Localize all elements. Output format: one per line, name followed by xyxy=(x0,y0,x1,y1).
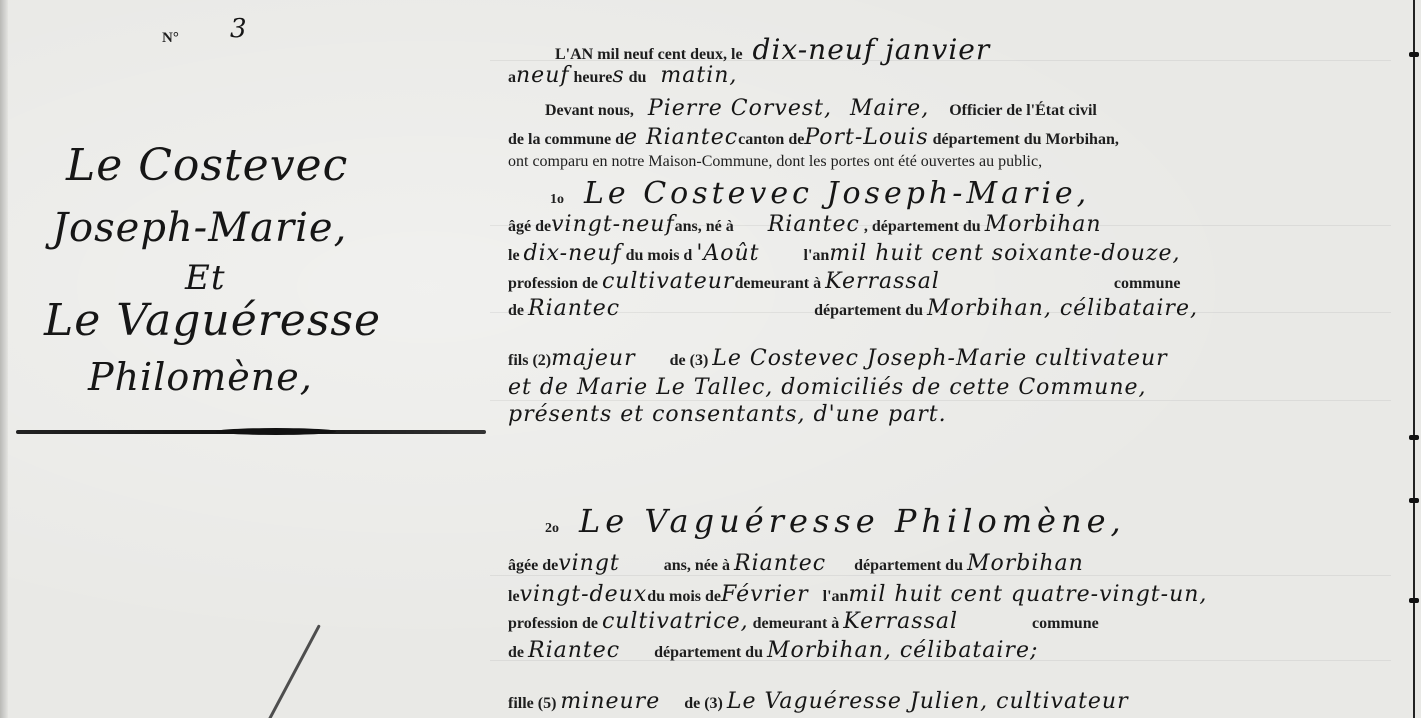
rule-tick xyxy=(1409,52,1419,57)
margin-groom-surname: Le Costevec xyxy=(66,140,348,191)
groom-consent: présents et consentants, d'une part. xyxy=(508,402,947,427)
rule-tick xyxy=(1409,498,1419,503)
bride-name: Le Vaguéresse Philomène, xyxy=(579,502,1126,540)
rule-tick xyxy=(1409,598,1419,603)
bride-birthplace: Riantec xyxy=(734,551,826,576)
bride-commune: Riantec xyxy=(528,638,620,663)
canton-name: Port-Louis xyxy=(804,125,928,150)
officiant-name: Pierre Corvest, xyxy=(648,96,832,121)
bride-profession: cultivatrice, xyxy=(602,609,749,634)
groom-birth-department: Morbihan xyxy=(985,212,1102,237)
header-line-3: Devant nous, Pierre Corvest, Maire, Offi… xyxy=(545,96,1097,121)
bride-marital-status: Morbihan, célibataire; xyxy=(767,638,1038,663)
bride-birth-month: Février xyxy=(721,582,809,607)
bride-birth-day: vingt-deux xyxy=(520,582,648,607)
bride-father: Le Vaguéresse Julien, cultivateur xyxy=(727,689,1129,714)
header-line-4: de la commune de Rianteccanton dePort-Lo… xyxy=(508,125,1119,150)
ruled-line xyxy=(490,400,1391,401)
header-line-5: ont comparu en notre Maison-Commune, don… xyxy=(508,153,1042,171)
officiant-title: Maire, xyxy=(850,96,929,121)
bride-birth-department: Morbihan xyxy=(967,551,1084,576)
groom-birth-day: dix-neuf xyxy=(524,241,622,266)
margin-groom-given: Joseph-Marie, xyxy=(52,205,347,251)
marriage-date: dix-neuf janvier xyxy=(753,33,991,66)
stray-pen-stroke xyxy=(267,624,321,718)
margin-bride-surname: Le Vaguéresse xyxy=(44,295,381,346)
entry-number: 3 xyxy=(230,14,248,44)
right-margin-rule xyxy=(1413,0,1415,718)
groom-name: Le Costevec Joseph-Marie, xyxy=(584,176,1090,211)
groom-marital-status: Morbihan, célibataire, xyxy=(927,296,1198,321)
header-line-1: L'AN mil neuf cent deux, le dix-neuf jan… xyxy=(555,33,990,66)
entry-number-label: N° xyxy=(162,30,179,47)
groom-birth-year: mil huit cent soixante-douze, xyxy=(829,241,1180,266)
groom-father: Le Costevec Joseph-Marie cultivateur xyxy=(712,346,1167,371)
marriage-time-of-day: matin, xyxy=(660,63,737,88)
groom-birth-month: 'Août xyxy=(696,241,759,266)
groom-majority: majeur xyxy=(551,346,636,371)
margin-conjunction: Et xyxy=(185,258,225,298)
rule-tick xyxy=(1409,435,1419,440)
groom-age: vingt-neuf xyxy=(551,212,675,237)
groom-commune: Riantec xyxy=(528,296,620,321)
header-line-2: aneuf heures du matin, xyxy=(508,63,737,88)
bride-age: vingt xyxy=(558,551,620,576)
groom-residence: Kerrassal xyxy=(825,269,940,294)
margin-separator-rule xyxy=(16,430,486,434)
commune-name: e Riantec xyxy=(624,125,738,150)
bride-birth-year: mil huit cent quatre-vingt-un, xyxy=(848,582,1207,607)
bride-residence: Kerrassal xyxy=(843,609,958,634)
groom-profession: cultivateur xyxy=(602,269,735,294)
document-page: N° 3 Le Costevec Joseph-Marie, Et Le Vag… xyxy=(0,0,1421,718)
page-binding-edge xyxy=(0,0,8,718)
margin-bride-given: Philomène, xyxy=(88,355,313,399)
marriage-hour: neuf xyxy=(516,63,570,88)
groom-mother: et de Marie Le Tallec, domiciliés de cet… xyxy=(508,375,1147,400)
groom-birthplace: Riantec xyxy=(768,212,860,237)
bride-minority: mineure xyxy=(560,689,660,714)
